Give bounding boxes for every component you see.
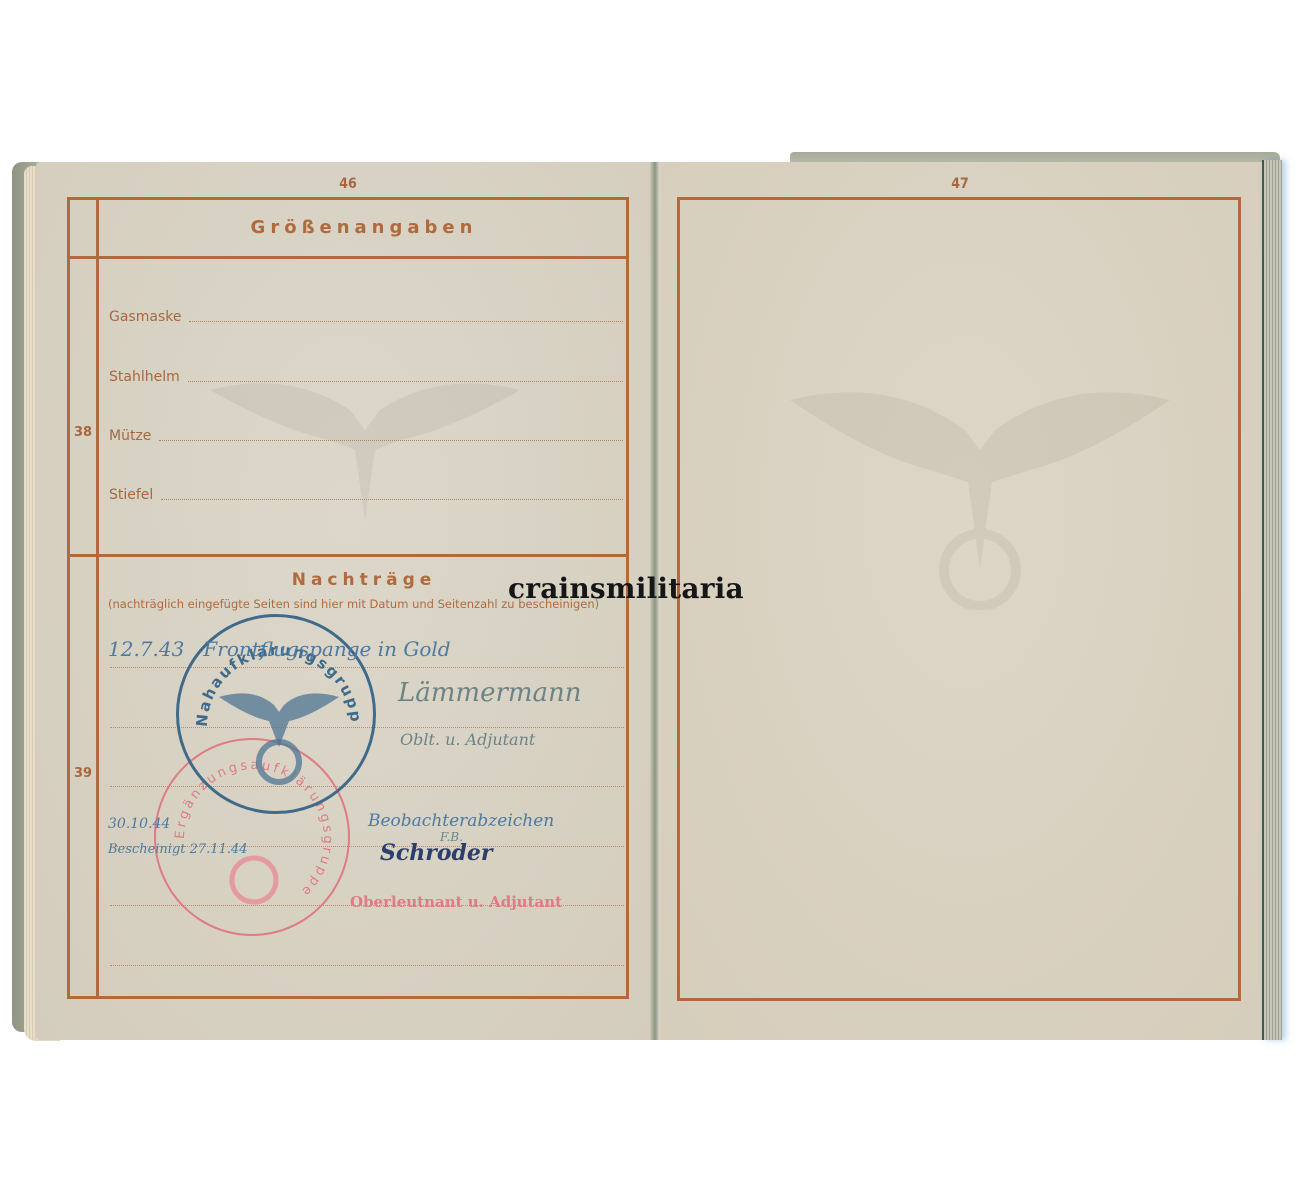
field-label: Mütze bbox=[109, 428, 159, 444]
field-value-line bbox=[189, 321, 623, 322]
section-title-groessenangaben: Größenangaben bbox=[99, 217, 629, 238]
page-edge-right bbox=[1262, 160, 1282, 1040]
field-label: Stahlhelm bbox=[109, 369, 188, 385]
stamped-title: Oberleutnant u. Adjutant bbox=[350, 893, 562, 911]
entry-text: Frontflugspange in Gold bbox=[203, 637, 450, 661]
field-label: Gasmaske bbox=[109, 309, 189, 325]
field-value-line bbox=[159, 440, 623, 441]
signature-laemmermann: Lämmermann bbox=[398, 678, 582, 708]
row-number-39: 39 bbox=[70, 766, 96, 781]
page-number-left: 46 bbox=[318, 176, 378, 192]
form-frame-right bbox=[677, 197, 1241, 1001]
row-number-column-divider bbox=[96, 197, 99, 999]
field-stahlhelm: Stahlhelm bbox=[109, 365, 623, 385]
section-divider bbox=[67, 554, 629, 557]
entry-line bbox=[110, 965, 624, 966]
signature-schroder: Schroder bbox=[380, 840, 493, 866]
entry-text-2: Beobachterabzeichen bbox=[368, 811, 554, 831]
entry-date-1: 12.7.43 Frontflugspange in Gold bbox=[108, 637, 451, 661]
field-label: Stiefel bbox=[109, 487, 161, 503]
site-watermark: crainsmilitaria bbox=[508, 572, 744, 605]
field-value-line bbox=[188, 381, 623, 382]
entry-certified: Bescheinigt 27.11.44 bbox=[108, 842, 248, 857]
field-value-line bbox=[161, 499, 623, 500]
field-stiefel: Stiefel bbox=[109, 483, 623, 503]
field-muetze: Mütze bbox=[109, 424, 623, 444]
page-number-right: 47 bbox=[930, 176, 990, 192]
field-gasmaske: Gasmaske bbox=[109, 305, 623, 325]
header-divider bbox=[67, 256, 629, 259]
entry-date-2: 30.10.44 bbox=[108, 816, 170, 832]
row-number-38: 38 bbox=[70, 425, 96, 440]
open-book: 46 47 Größenangaben 38 Gasmaske Stahlhel… bbox=[0, 0, 1300, 1200]
entry-date: 12.7.43 bbox=[108, 637, 184, 661]
signature-title-1: Oblt. u. Adjutant bbox=[400, 730, 535, 749]
